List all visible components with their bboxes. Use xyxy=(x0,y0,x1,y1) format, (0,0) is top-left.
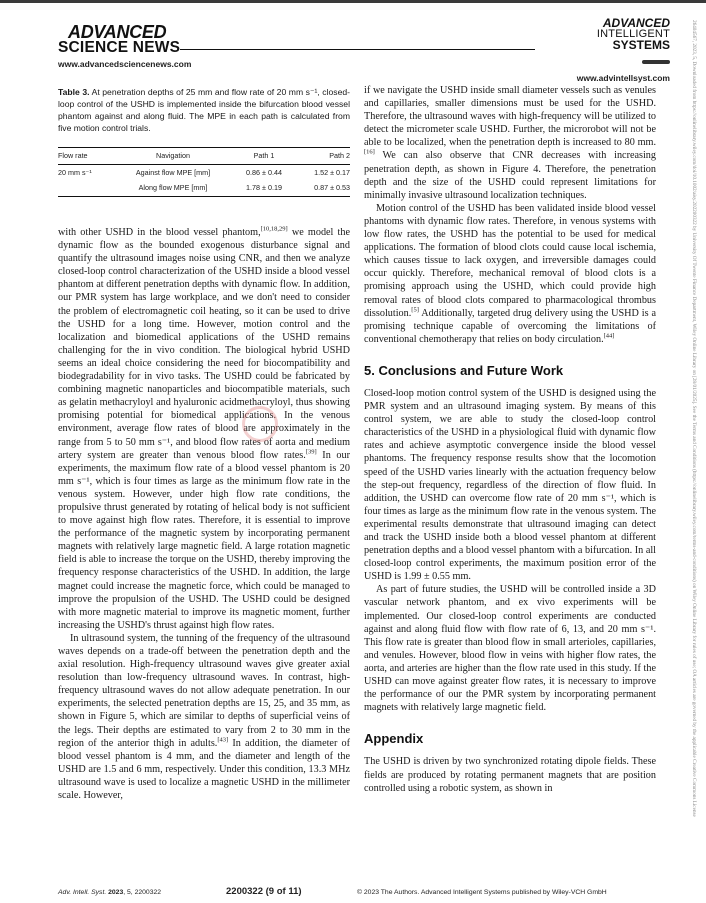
left-text-column: with other USHD in the blood vessel phan… xyxy=(58,226,350,802)
cell-flow-rate: 20 mm s⁻¹ xyxy=(58,165,118,181)
citation-ref-link[interactable]: [39] xyxy=(306,448,317,455)
paragraph: if we navigate the USHD inside small dia… xyxy=(364,84,656,202)
paragraph: The USHD is driven by two synchronized r… xyxy=(364,755,656,794)
paragraph: Motion control of the USHD has been vali… xyxy=(364,202,656,346)
citation-ref-link[interactable]: [43] xyxy=(217,736,228,743)
citation-ref-link[interactable]: [44] xyxy=(604,332,615,339)
col-header-flow-rate: Flow rate xyxy=(58,148,118,165)
citation-ref-link[interactable]: [10,18,29] xyxy=(261,226,288,233)
section-heading-conclusions: 5. Conclusions and Future Work xyxy=(364,364,656,377)
journal-logo-right: ADVANCED INTELLIGENT SYSTEMS www.advinte… xyxy=(577,18,670,83)
results-table: Flow rate Navigation Path 1 Path 2 20 mm… xyxy=(58,147,350,197)
text-run: we model the dynamic flow as the bounded… xyxy=(58,227,350,461)
col-header-path2: Path 2 xyxy=(300,148,350,165)
open-access-badge-icon xyxy=(642,60,670,64)
journal-logo-systems: SYSTEMS xyxy=(577,39,670,51)
paragraph: Closed-loop motion control system of the… xyxy=(364,387,656,583)
col-header-navigation: Navigation xyxy=(118,148,228,165)
download-notice-sidebar: 26404567, 2023, 5, Downloaded from https… xyxy=(685,20,697,890)
table-header-row: Flow rate Navigation Path 1 Path 2 xyxy=(58,148,350,165)
citation-ref-link[interactable]: [5] xyxy=(411,306,419,313)
right-text-column: if we navigate the USHD inside small dia… xyxy=(364,84,656,795)
text-run: if we navigate the USHD inside small dia… xyxy=(364,85,656,148)
paragraph: As part of future studies, the USHD will… xyxy=(364,583,656,714)
footer-year: 2023 xyxy=(108,889,123,896)
journal-url-link[interactable]: www.advintellsyst.com xyxy=(577,73,670,83)
text-run: We can also observe that CNR decreases w… xyxy=(364,150,656,200)
footer-citation: Adv. Intell. Syst. 2023, 5, 2200322 xyxy=(58,889,161,896)
table-label: Table 3. xyxy=(58,87,90,97)
cell-navigation: Along flow MPE [mm] xyxy=(118,180,228,197)
table-caption-text: At penetration depths of 25 mm and flow … xyxy=(58,87,350,133)
paragraph: In ultrasound system, the tunning of the… xyxy=(58,632,350,802)
cell-flow-rate xyxy=(58,180,118,197)
publisher-logo-left: ADVANCED SCIENCE NEWS www.advancedscienc… xyxy=(58,24,191,69)
text-run: In our experiments, the maximum flow rat… xyxy=(58,450,350,631)
table-row: Along flow MPE [mm] 1.78 ± 0.19 0.87 ± 0… xyxy=(58,180,350,197)
cell-navigation: Against flow MPE [mm] xyxy=(118,165,228,181)
section-heading-appendix: Appendix xyxy=(364,732,656,745)
footer-page-number: 2200322 (9 of 11) xyxy=(226,886,302,897)
cell-path1: 0.86 ± 0.44 xyxy=(228,165,300,181)
viewer-top-bar xyxy=(0,0,706,3)
footer-copyright: © 2023 The Authors. Advanced Intelligent… xyxy=(357,889,607,896)
cell-path2: 1.52 ± 0.17 xyxy=(300,165,350,181)
footer-journal: Adv. Intell. Syst. xyxy=(58,889,106,896)
watermark-logo-icon xyxy=(242,406,278,442)
paragraph: with other USHD in the blood vessel phan… xyxy=(58,226,350,632)
logo-advanced-text: ADVANCED xyxy=(58,24,191,40)
text-run: Motion control of the USHD has been vali… xyxy=(364,203,656,319)
footer-volume: , 5, 2200322 xyxy=(123,889,161,896)
citation-ref-link[interactable]: [16] xyxy=(364,149,375,156)
logo-science-news-text: SCIENCE NEWS xyxy=(58,40,191,55)
col-header-path1: Path 1 xyxy=(228,148,300,165)
publisher-url-link[interactable]: www.advancedsciencenews.com xyxy=(58,59,191,69)
header-rule xyxy=(180,49,535,50)
text-run: with other USHD in the blood vessel phan… xyxy=(58,227,261,238)
cell-path2: 0.87 ± 0.53 xyxy=(300,180,350,197)
table-caption: Table 3. At penetration depths of 25 mm … xyxy=(58,86,350,134)
text-run: In ultrasound system, the tunning of the… xyxy=(58,633,350,749)
cell-path1: 1.78 ± 0.19 xyxy=(228,180,300,197)
table-row: 20 mm s⁻¹ Against flow MPE [mm] 0.86 ± 0… xyxy=(58,165,350,181)
